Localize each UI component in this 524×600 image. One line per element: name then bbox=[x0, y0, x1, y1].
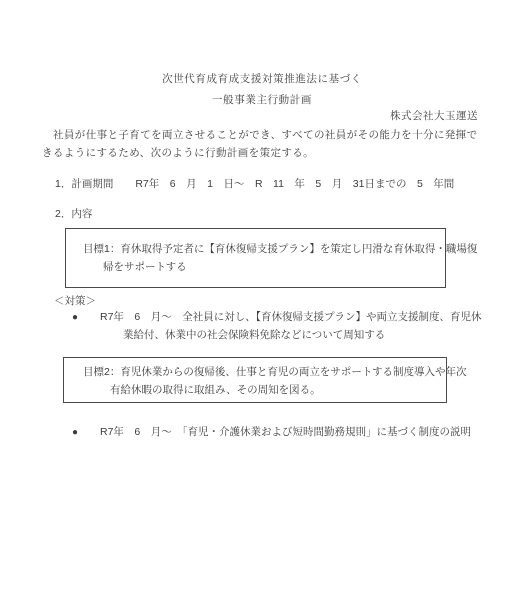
intro-paragraph-line1: 社員が仕事と子育てを両立させることができ、すべての社員がその能力を十分に発揮で bbox=[53, 129, 477, 142]
goal2-box: 目標2：育児休業からの復帰後、仕事と育児の両立をサポートする制度導入や年次 有給… bbox=[63, 357, 447, 403]
document-page: 次世代育成育成支援対策推進法に基づく 一般事業主行動計画 株式会社大玉運送 社員… bbox=[0, 0, 524, 600]
goal1-line1: 目標1：育休取得予定者に【育休復帰支援プラン】を策定し円滑な育休取得・職場復 bbox=[83, 240, 445, 258]
goal2-line1: 目標2：育児休業からの復帰後、仕事と育児の両立をサポートする制度導入や年次 bbox=[83, 363, 446, 381]
document-title-line2: 一般事業主行動計画 bbox=[0, 94, 524, 107]
measures-heading: ＜対策＞ bbox=[54, 295, 96, 308]
bullet-icon: ● bbox=[72, 426, 78, 439]
goal1-box: 目標1：育休取得予定者に【育休復帰支援プラン】を策定し円滑な育休取得・職場復 帰… bbox=[65, 228, 446, 288]
plan-period-value: R7年 6 月 1 日～ R 11 年 5 月 31日までの 5 年間 bbox=[135, 178, 454, 190]
intro-paragraph-line2: きるようにするため、次のように行動計画を策定する。 bbox=[42, 147, 314, 160]
company-name: 株式会社大玉運送 bbox=[390, 110, 478, 123]
plan-period-row: 1．計画期間R7年 6 月 1 日～ R 11 年 5 月 31日までの 5 年… bbox=[55, 178, 454, 191]
contents-heading: 2．内容 bbox=[55, 208, 92, 221]
document-title-line1: 次世代育成育成支援対策推進法に基づく bbox=[0, 73, 524, 86]
goal2-line2: 有給休暇の取得に取組み、その周知を図る。 bbox=[110, 381, 446, 399]
bullet-icon: ● bbox=[72, 311, 78, 324]
measure2-line1: R7年 6 月～ 「育児・介護休業および短時間勤務規則」に基づく制度の説明 bbox=[100, 426, 471, 439]
measure1-line1: R7年 6 月～ 全社員に対し、【育休復帰支援プラン】や両立支援制度、育児休 bbox=[100, 311, 482, 324]
plan-period-label: 1．計画期間 bbox=[55, 178, 113, 190]
goal1-line2: 帰をサポートする bbox=[103, 258, 445, 276]
measure1-line2: 業給付、休業中の社会保険料免除などについて周知する bbox=[123, 329, 385, 342]
